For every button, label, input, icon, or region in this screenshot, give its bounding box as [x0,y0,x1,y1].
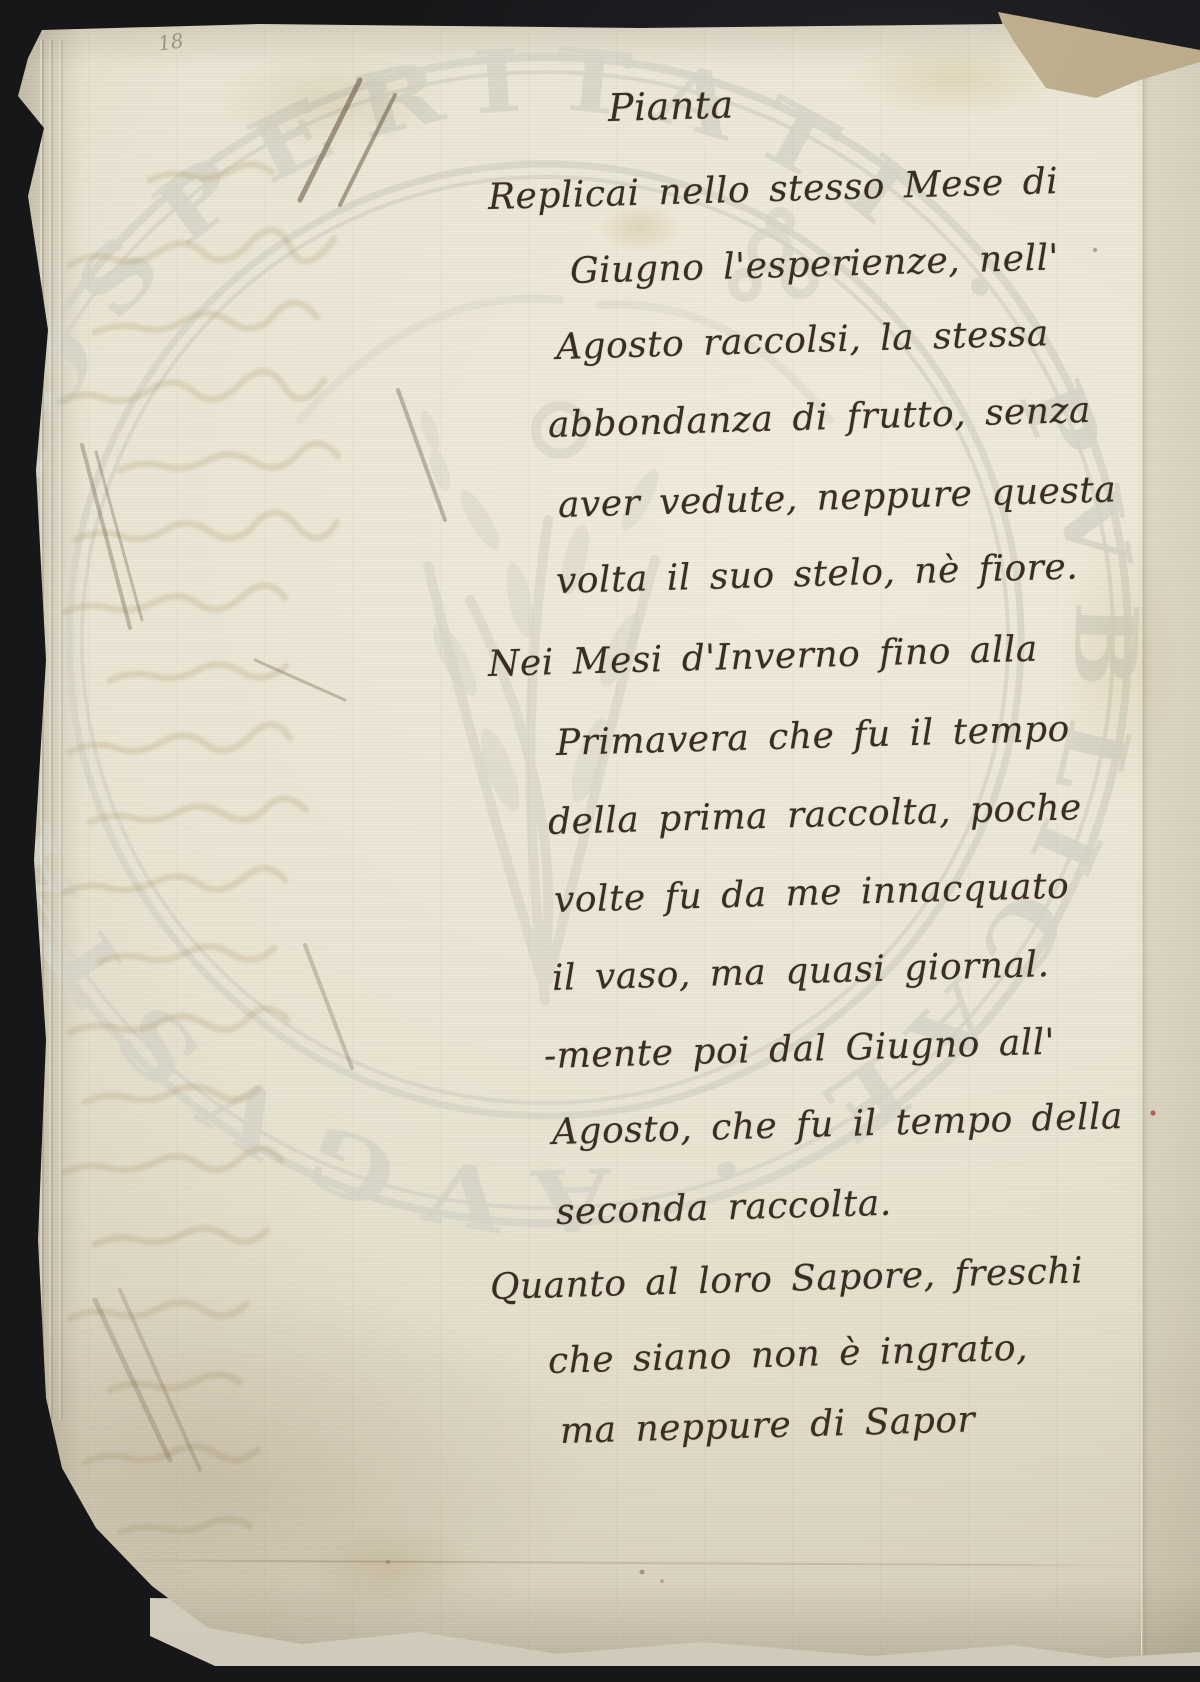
manuscript-page: PROSPERITATI · PVBLICAE · AVGVSTA · [0,0,1200,1682]
scan-background: PROSPERITATI · PVBLICAE · AVGVSTA · [0,0,1200,1682]
laid-paper-texture [0,0,1200,1682]
